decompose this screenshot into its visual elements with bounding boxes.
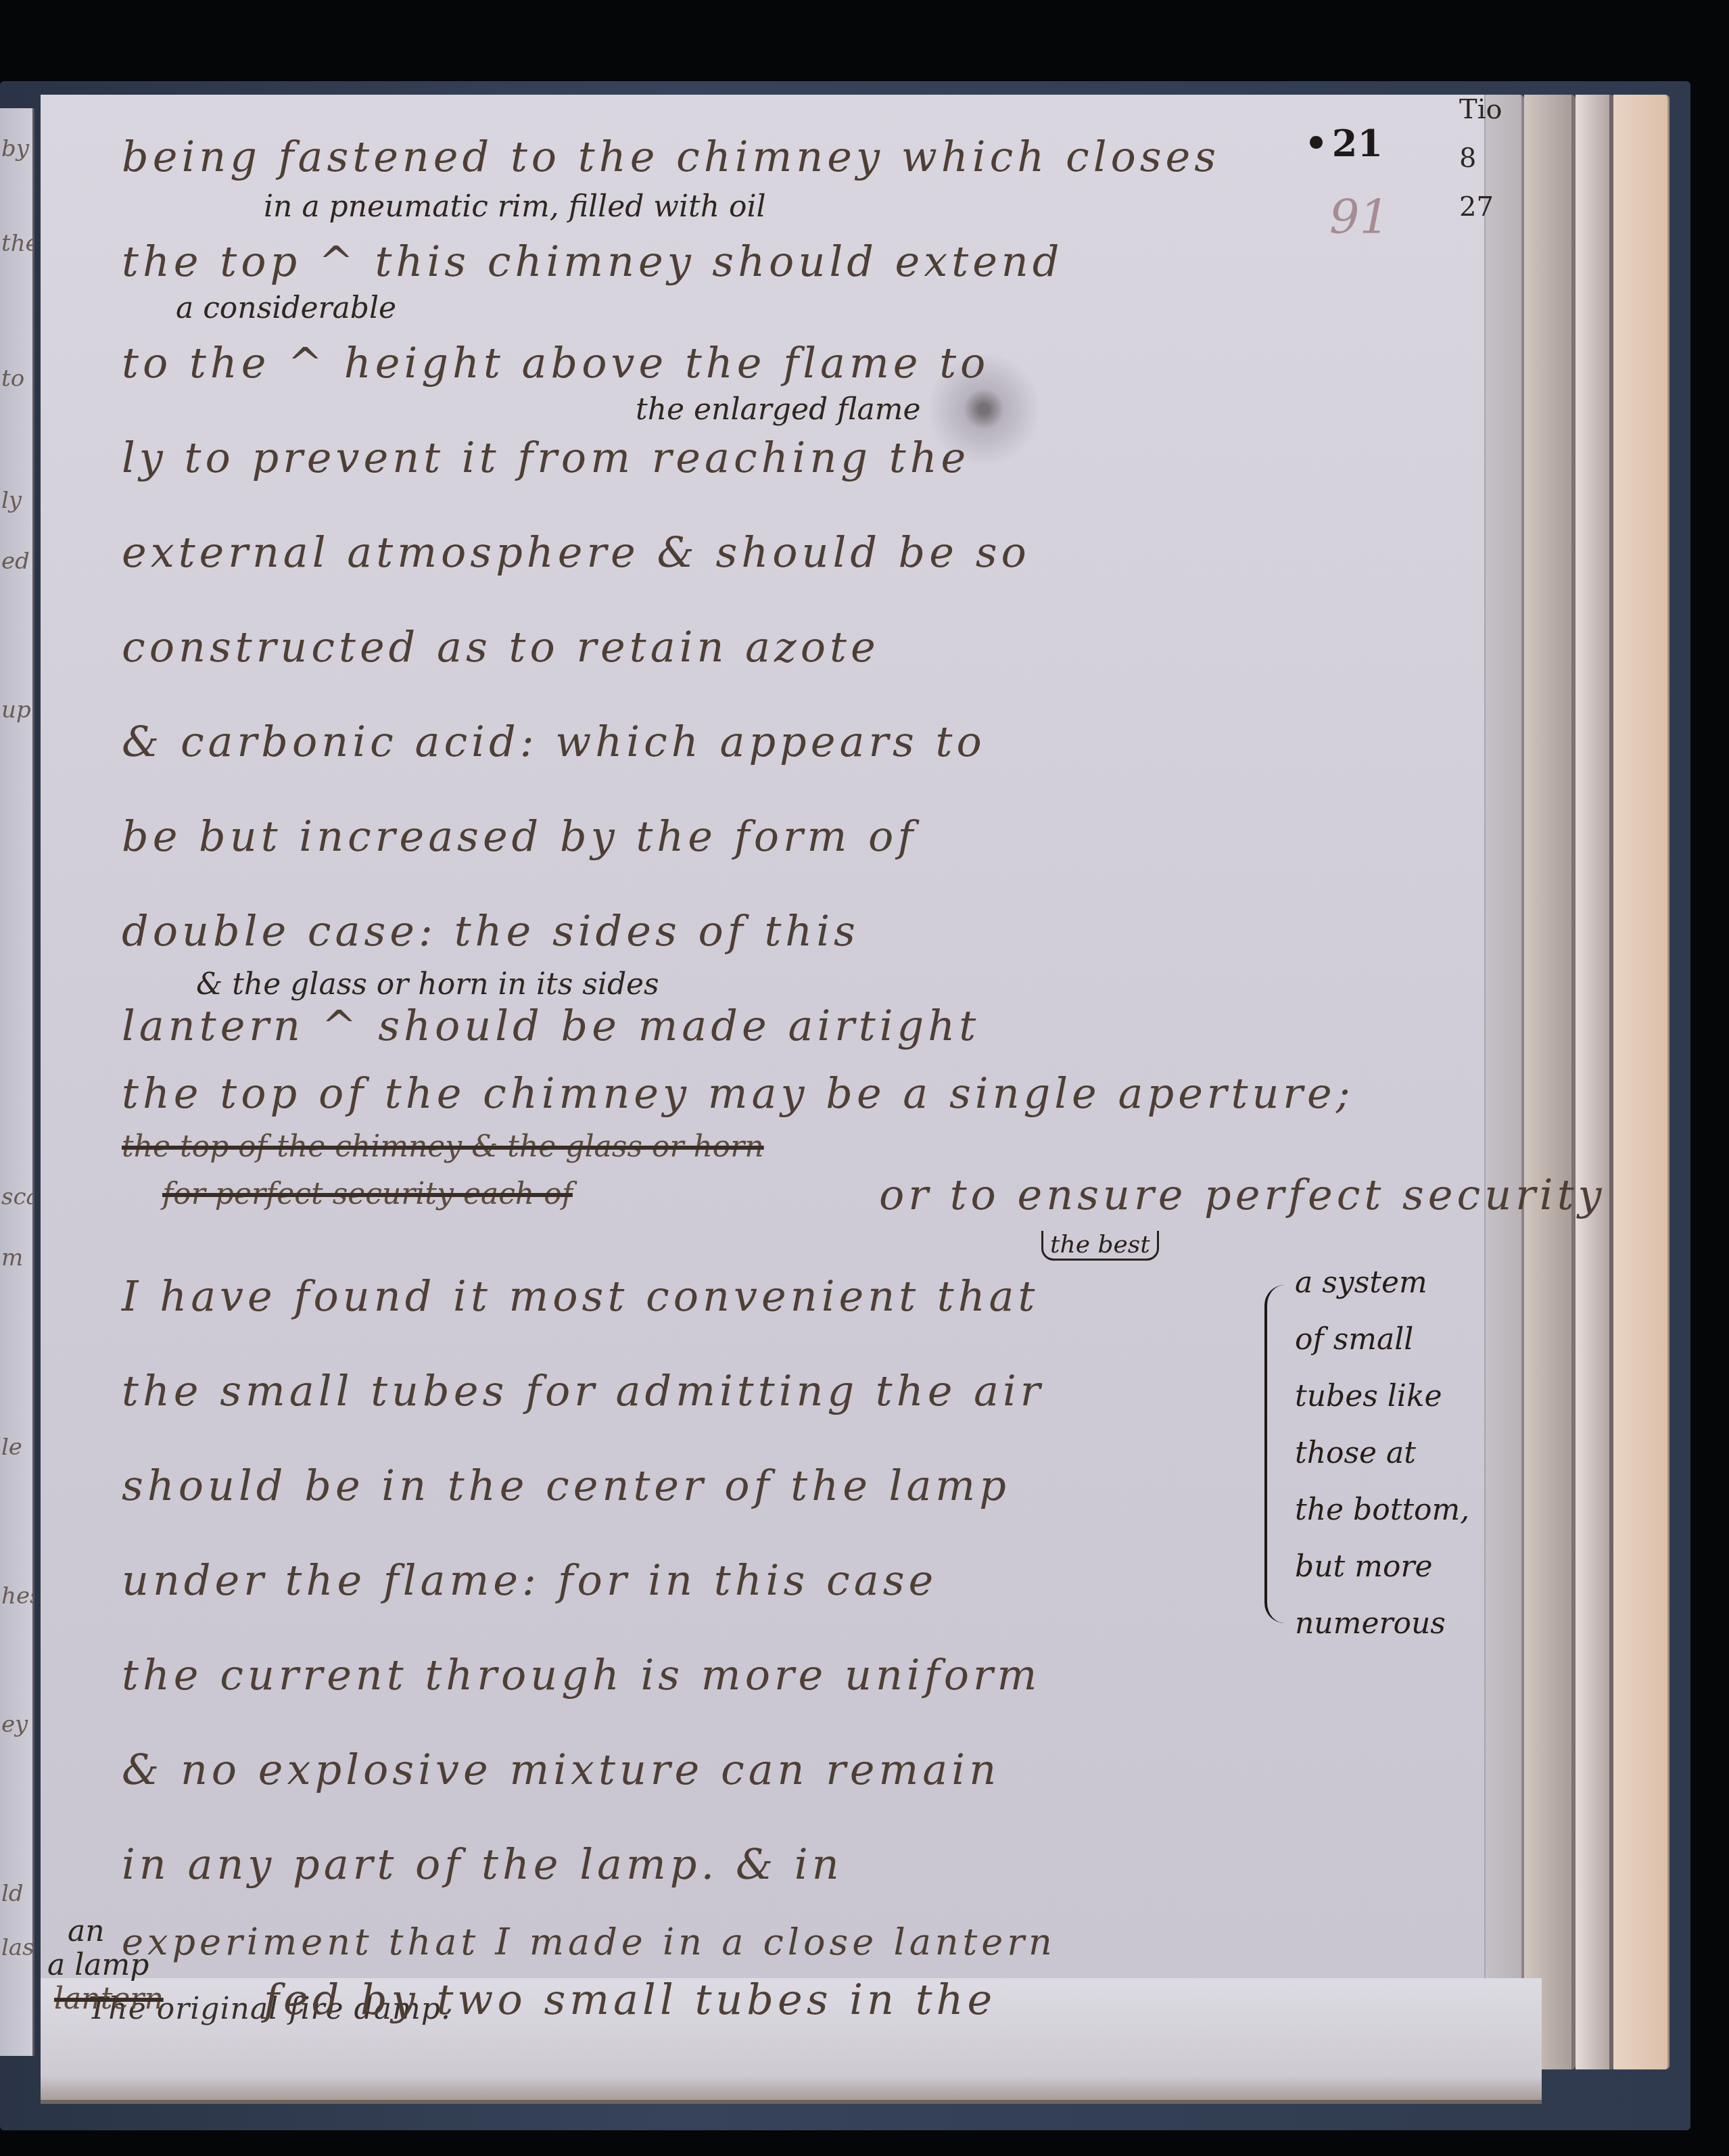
manuscript-line: or to ensure perfect security [879, 1170, 1606, 1219]
facing-fragment: las [1, 1934, 34, 1961]
facing-fragment: ly [1, 487, 22, 514]
struck-text: the top of the chimney & the glass or ho… [122, 1129, 764, 1164]
struck-text: lantern [54, 1982, 164, 2016]
facing-fragment: ld [1, 1880, 24, 1907]
facing-fragment: ey [1, 1711, 28, 1738]
facing-fragment: to [1, 365, 24, 392]
interlinear-insertion: a considerable [176, 291, 396, 325]
manuscript-line: in any part of the lamp. & in [122, 1839, 843, 1889]
facing-fragment: ed [1, 548, 30, 575]
manuscript-line: be but increased by the form of [122, 812, 917, 861]
manuscript-line: the top of the chimney may be a single a… [122, 1069, 1354, 1118]
struck-text: for perfect security each of [162, 1177, 573, 1211]
manuscript-page: •21 91 being fastened to the chimney whi… [41, 95, 1484, 1978]
manuscript-line: under the flame: for in this case [122, 1555, 937, 1605]
folio-number: •21 [1304, 122, 1383, 165]
manuscript-line: double case: the sides of this [122, 906, 859, 956]
page-edge [1524, 95, 1576, 2069]
manuscript-line: & no explosive mixture can remain [122, 1745, 1000, 1794]
manuscript-line: fed by two small tubes in the [264, 1975, 996, 2024]
facing-fragment: hes [1, 1583, 34, 1610]
bracket-line [1264, 1285, 1294, 1623]
facing-page-edge: by the to ly ed up scar m le hes ey ld l… [0, 108, 34, 2056]
facing-fragment: scar [1, 1184, 34, 1211]
manuscript-line: being fastened to the chimney which clos… [122, 132, 1220, 181]
pencil-page-number: 91 [1329, 189, 1390, 245]
page-edge [1576, 95, 1615, 2069]
stacked-page-edges [1474, 95, 1690, 2069]
interlinear-insertion: a lamp [47, 1948, 149, 1982]
page-edge [1613, 95, 1669, 2069]
manuscript-line: ly to prevent it from reaching the [122, 433, 970, 482]
interlinear-insertion: in a pneumatic rim, filled with oil [264, 189, 766, 224]
facing-fragment: the [1, 230, 34, 257]
interlinear-insertion: the enlarged flame [636, 392, 920, 427]
margin-note: a system of small tubes like those at th… [1295, 1255, 1471, 1652]
interlinear-insertion: & the glass or horn in its sides [196, 967, 659, 1002]
facing-fragment: le [1, 1434, 22, 1461]
facing-fragment: up [1, 697, 31, 724]
facing-fragment: m [1, 1244, 23, 1271]
manuscript-line: should be in the center of the lamp [122, 1461, 1010, 1510]
manuscript-line: lantern ^ should be made airtight [122, 1001, 980, 1050]
facing-fragment: by [1, 135, 29, 162]
manuscript-line: the current through is more uniform [122, 1650, 1041, 1700]
manuscript-line: constructed as to retain azote [122, 622, 880, 672]
boxed-insertion: the best [1041, 1231, 1159, 1261]
manuscript-line: experiment that I made in a close lanter… [122, 1921, 1056, 1963]
manuscript-line: to the ^ height above the flame to [122, 338, 989, 388]
manuscript-line: & carbonic acid: which appears to [122, 717, 986, 766]
edge-tab-numbers: Tio 8 27 [1459, 95, 1500, 241]
manuscript-line: I have found it most convenient that [122, 1271, 1039, 1321]
manuscript-line: external atmosphere & should be so [122, 528, 1031, 577]
interlinear-insertion: an [68, 1914, 105, 1948]
manuscript-line: the top ^ this chimney should extend [122, 237, 1064, 286]
manuscript-line: the small tubes for admitting the air [122, 1366, 1045, 1415]
